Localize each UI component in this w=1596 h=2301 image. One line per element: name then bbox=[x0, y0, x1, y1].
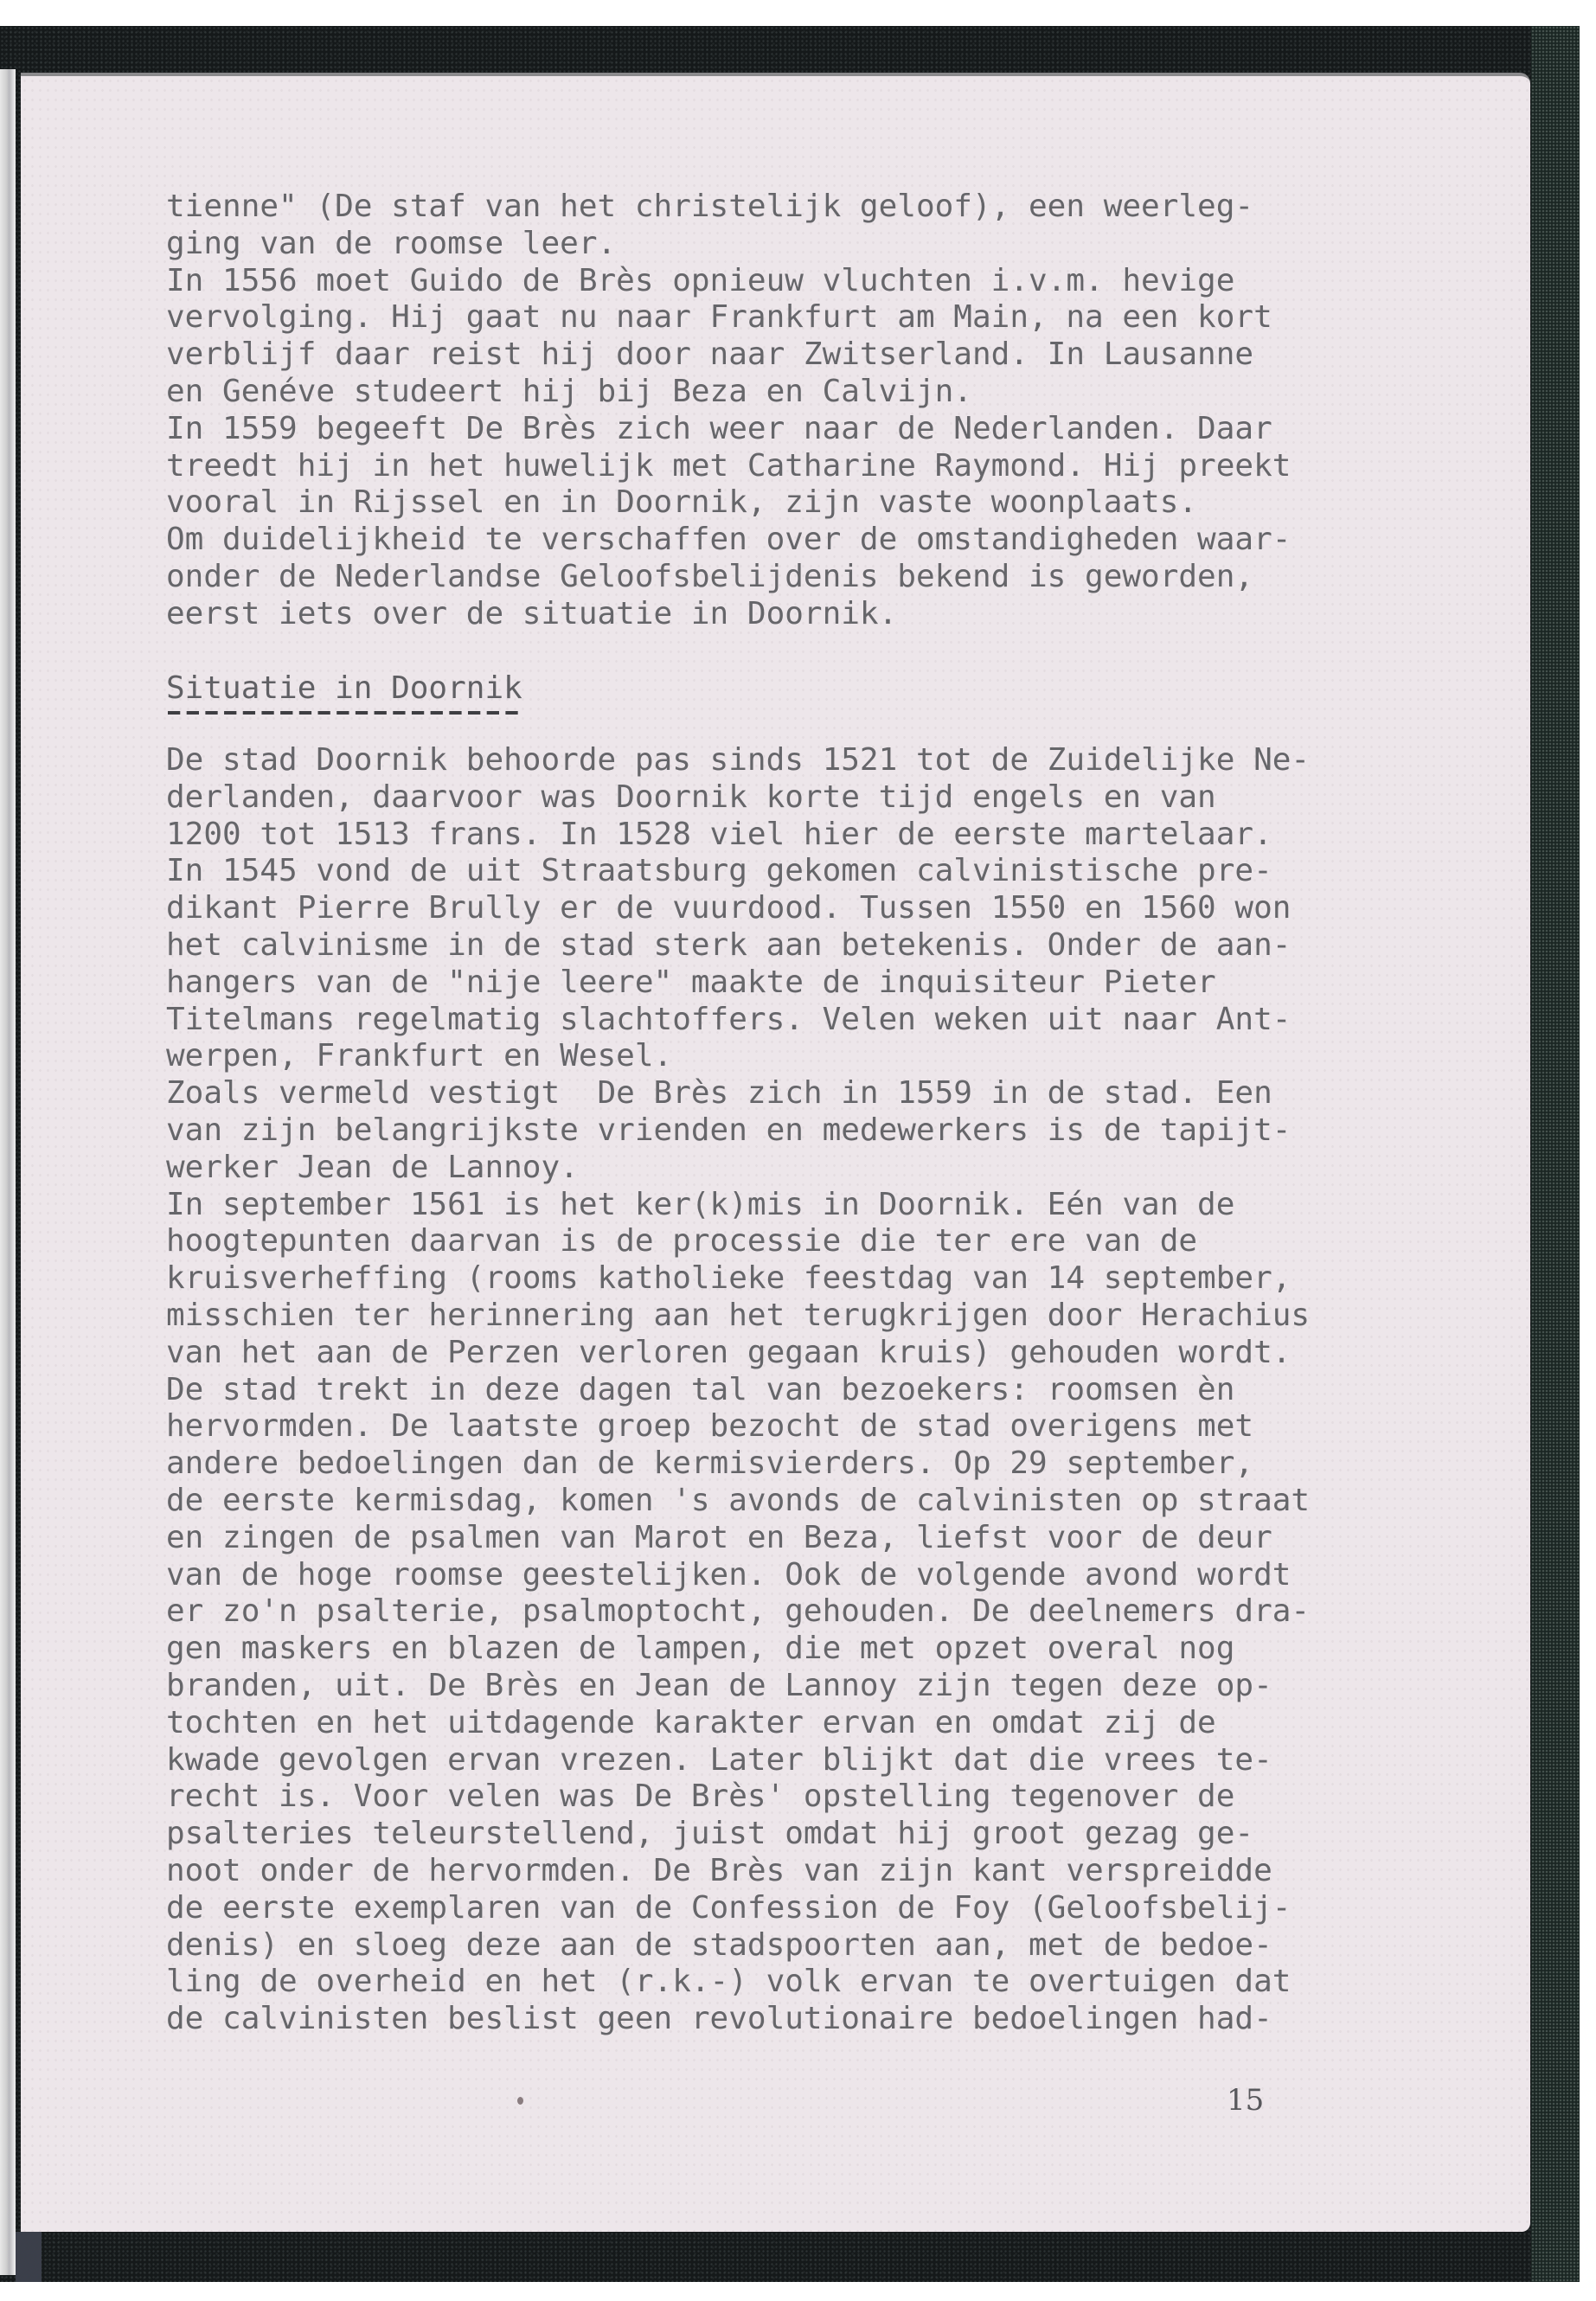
text-line: en zingen de psalmen van Marot en Beza, … bbox=[166, 1520, 1377, 1557]
text-line: tochten en het uitdagende karakter ervan… bbox=[166, 1705, 1377, 1742]
text-line: Zoals vermeld vestigt De Brès zich in 15… bbox=[166, 1075, 1377, 1112]
text-line: vervolging. Hij gaat nu naar Frankfurt a… bbox=[166, 299, 1377, 336]
text-line: hoogtepunten daarvan is de processie die… bbox=[166, 1223, 1377, 1260]
text-line: verblijf daar reist hij door naar Zwitse… bbox=[166, 336, 1377, 374]
text-line: eerst iets over de situatie in Doornik. bbox=[166, 596, 1377, 633]
page-number: 15 bbox=[1227, 2083, 1264, 2118]
text-line: Om duidelijkheid te verschaffen over de … bbox=[166, 522, 1377, 559]
text-line: misschien ter herinnering aan het terugk… bbox=[166, 1298, 1377, 1335]
text-line: de calvinisten beslist geen revolutionai… bbox=[166, 2001, 1377, 2038]
text-line: 1200 tot 1513 frans. In 1528 viel hier d… bbox=[166, 817, 1377, 854]
text-line: onder de Nederlandse Geloofsbelijdenis b… bbox=[166, 559, 1377, 596]
text-line: derlanden, daarvoor was Doornik korte ti… bbox=[166, 779, 1377, 817]
text-line: werpen, Frankfurt en Wesel. bbox=[166, 1038, 1377, 1075]
text-line: kruisverheffing (rooms katholieke feestd… bbox=[166, 1260, 1377, 1298]
text-line: het calvinisme in de stad sterk aan bete… bbox=[166, 927, 1377, 965]
text-line: De stad Doornik behoorde pas sinds 1521 … bbox=[166, 742, 1377, 779]
text-line: vooral in Rijssel en in Doornik, zijn va… bbox=[166, 484, 1377, 522]
text-line: en Genéve studeert hij bij Beza en Calvi… bbox=[166, 374, 1377, 411]
text-line: van het aan de Perzen verloren gegaan kr… bbox=[166, 1335, 1377, 1372]
text-line: er zo'n psalterie, psalmoptocht, gehoude… bbox=[166, 1593, 1377, 1631]
binder-left-edge bbox=[0, 69, 16, 2275]
text-line: dikant Pierre Brully er de vuurdood. Tus… bbox=[166, 890, 1377, 927]
text-line: hervormden. De laatste groep bezocht de … bbox=[166, 1408, 1377, 1445]
text-line: ling de overheid en het (r.k.-) volk erv… bbox=[166, 1964, 1377, 2001]
text-line: In 1556 moet Guido de Brès opnieuw vluch… bbox=[166, 263, 1377, 300]
intro-text-block: tienne" (De staf van het christelijk gel… bbox=[166, 189, 1377, 633]
text-line: branden, uit. De Brès en Jean de Lannoy … bbox=[166, 1668, 1377, 1705]
text-line: andere bedoelingen dan de kermisvierders… bbox=[166, 1445, 1377, 1483]
binder-corner bbox=[16, 2232, 42, 2282]
body-text-block: De stad Doornik behoorde pas sinds 1521 … bbox=[166, 742, 1377, 2038]
text-line: In 1545 vond de uit Straatsburg gekomen … bbox=[166, 853, 1377, 890]
text-line: psalteries teleurstellend, juist omdat h… bbox=[166, 1816, 1377, 1853]
paper-speck bbox=[517, 2097, 523, 2105]
text-line: ging van de roomse leer. bbox=[166, 226, 1377, 263]
text-line: de eerste exemplaren van de Confession d… bbox=[166, 1890, 1377, 1927]
text-line: denis) en sloeg deze aan de stadspoorten… bbox=[166, 1927, 1377, 1965]
heading-dashed-underline bbox=[168, 711, 522, 715]
text-line: In 1559 begeeft De Brès zich weer naar d… bbox=[166, 411, 1377, 448]
text-line: tienne" (De staf van het christelijk gel… bbox=[166, 189, 1377, 226]
text-line: van zijn belangrijkste vrienden en medew… bbox=[166, 1112, 1377, 1150]
binder-spine bbox=[1531, 26, 1580, 2282]
text-line: werker Jean de Lannoy. bbox=[166, 1150, 1377, 1187]
text-line: In september 1561 is het ker(k)mis in Do… bbox=[166, 1187, 1377, 1224]
text-line: gen maskers en blazen de lampen, die met… bbox=[166, 1631, 1377, 1668]
text-line: Titelmans regelmatig slachtoffers. Velen… bbox=[166, 1002, 1377, 1039]
text-line: hangers van de "nije leere" maakte de in… bbox=[166, 965, 1377, 1002]
text-line: van de hoge roomse geestelijken. Ook de … bbox=[166, 1557, 1377, 1594]
text-line: De stad trekt in deze dagen tal van bezo… bbox=[166, 1372, 1377, 1409]
text-line: treedt hij in het huwelijk met Catharine… bbox=[166, 448, 1377, 485]
section-heading: Situatie in Doornik bbox=[166, 670, 522, 707]
text-line: noot onder de hervormden. De Brès van zi… bbox=[166, 1853, 1377, 1890]
text-line: de eerste kermisdag, komen 's avonds de … bbox=[166, 1483, 1377, 1520]
text-line: kwade gevolgen ervan vrezen. Later blijk… bbox=[166, 1742, 1377, 1779]
text-line: recht is. Voor velen was De Brès' opstel… bbox=[166, 1779, 1377, 1816]
